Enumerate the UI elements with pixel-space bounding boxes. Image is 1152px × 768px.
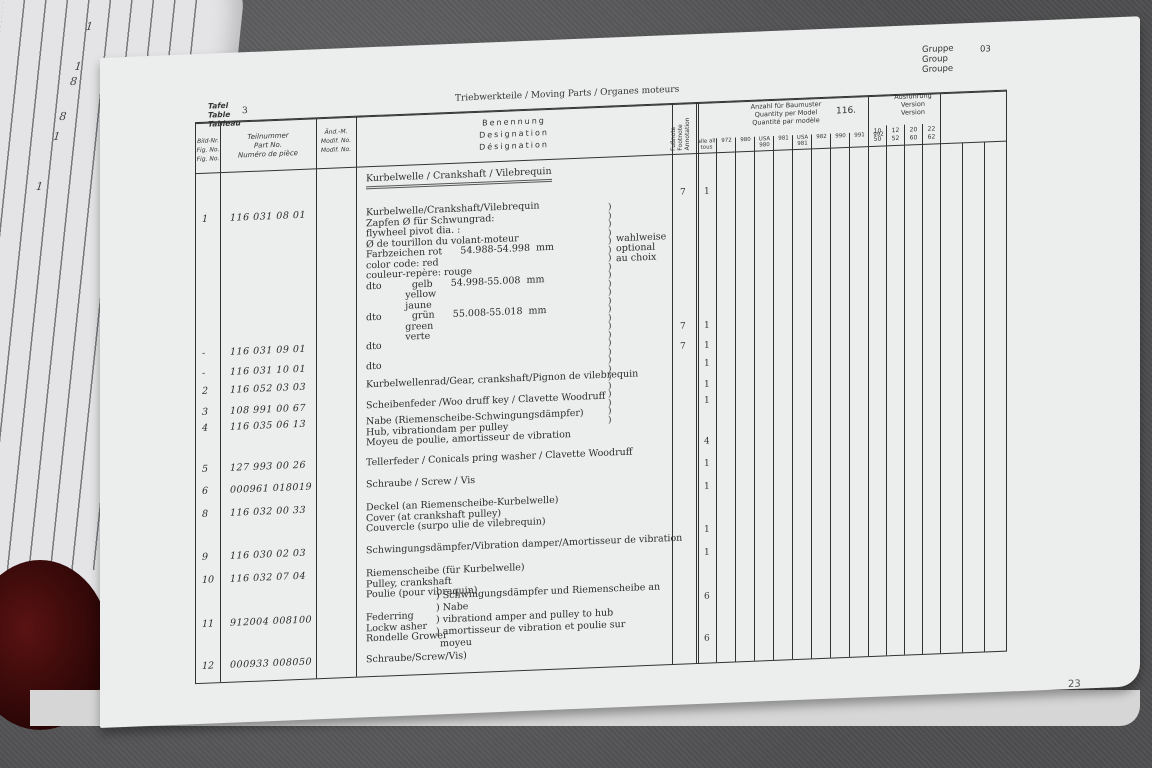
part-number: 000961 018019 <box>230 482 312 496</box>
version-header: AusführungVersionVersion <box>886 91 940 117</box>
version-column-header: 22 62 <box>923 125 940 142</box>
quantity-all: 1 <box>704 459 710 469</box>
fig-number: 12 <box>202 661 214 672</box>
model-column-header: 981 <box>774 135 793 142</box>
part-number: 116 032 07 04 <box>230 572 306 586</box>
fig-number: 8 <box>202 510 208 521</box>
designation: Schwingungsdämpfer/Vibration damper/Amor… <box>366 534 682 557</box>
quantity-all: 1 <box>704 396 710 406</box>
page-number: 23 <box>1068 679 1081 691</box>
quantity-all: 6 <box>704 592 710 602</box>
quantity-all: 6 <box>704 634 710 644</box>
fig-number: 6 <box>202 487 208 498</box>
fig-number: - <box>202 349 205 360</box>
fig-number: 10 <box>202 575 214 586</box>
part-no-header: TeilnummerPart No.Numéro de pièce <box>220 130 316 161</box>
tafel-number: 3 <box>242 106 248 116</box>
part-number: 116 032 00 33 <box>230 506 306 520</box>
optional-note: wahlweiseoptionalau choix <box>616 232 666 264</box>
footnote-header: FußnoteFootnoteAnnotation <box>670 117 691 151</box>
parts-catalog-page: Tafel Table Tableau 3 Triebwerkteile / M… <box>100 16 1140 728</box>
quantity-all: 4 <box>704 437 710 447</box>
version-column-header: 20 60 <box>905 126 922 143</box>
model-column-header: alle all tous <box>697 138 716 151</box>
part-number: 116 031 10 01 <box>230 365 306 379</box>
footnote-value: 7 <box>680 321 686 331</box>
quantity-all: 1 <box>704 548 710 558</box>
quantity-all: 1 <box>704 525 710 535</box>
quantity-all: 1 <box>704 187 710 197</box>
part-number: 108 991 00 67 <box>230 404 306 418</box>
model-column-header: USA 981 <box>793 134 812 147</box>
option-brace: ) ) ) ) ) ) ) ) ) ) ) ) ) ) ) ) ) ) ) ) … <box>608 203 612 424</box>
quantity-all: 1 <box>704 482 710 492</box>
fig-number: 5 <box>202 465 208 476</box>
version-column-header: 10 50 <box>869 127 886 144</box>
designation: Tellerfeder / Conicals pring washer / Cl… <box>366 448 633 469</box>
designation: Kurbelwellenrad/Gear, crankshaft/Pignon … <box>366 369 638 390</box>
part-number: 912004 008100 <box>230 615 312 629</box>
fig-no-header: Bild-Nr.Fig. No.Fig. No. <box>196 136 220 164</box>
version-column-header: 12 52 <box>887 127 904 144</box>
section-title: Triebwerkteile / Moving Parts / Organes … <box>455 85 679 104</box>
mounting-note: ) Schwingungsdämpfer und Riemenscheibe a… <box>436 582 660 651</box>
part-number: 116 031 08 01 <box>230 211 306 225</box>
part-number: 116 035 06 13 <box>230 420 306 434</box>
designation: Schraube / Screw / Vis <box>366 476 475 491</box>
designation: dto <box>366 362 382 373</box>
designation-header: BenennungDesignationDésignation <box>356 110 672 159</box>
model-column-header: USA 980 <box>755 136 774 149</box>
designation: Kurbelwelle/Crankshaft/Vilebrequin Zapfe… <box>366 201 554 345</box>
designation: dto <box>366 342 382 353</box>
footnote-value: 7 <box>680 187 686 197</box>
fig-number: 1 <box>202 215 208 226</box>
quantity-all: 1 <box>704 341 710 351</box>
quantity-all: 1 <box>704 359 710 369</box>
fig-number: 9 <box>202 553 208 564</box>
designation: Nabe (Riemenscheibe-Schwingungsdämpfer) … <box>366 409 584 449</box>
group-label: Gruppe Group Groupe <box>922 44 954 75</box>
model-column-header: 982 <box>812 134 831 141</box>
modif-no-header: Änd.-M.Modif. No.Modif. No. <box>316 127 356 156</box>
section-heading: Kurbelwelle / Crankshaft / Vilebrequin <box>366 167 552 185</box>
model-column-header: 980 <box>736 137 755 144</box>
part-number: 000933 008050 <box>230 657 312 671</box>
model-column-header: 990 <box>831 133 850 140</box>
part-number: 127 993 00 26 <box>230 461 306 475</box>
quantity-all: 1 <box>704 321 710 331</box>
group-number: 03 <box>980 44 991 54</box>
fig-number: - <box>202 369 205 380</box>
model-column-header: 972 <box>717 137 736 144</box>
fig-number: 11 <box>202 619 214 630</box>
quantity-header: Anzahl für BaumusterQuantity per ModelQu… <box>736 99 836 127</box>
quantity-all: 1 <box>704 380 710 390</box>
fig-number: 4 <box>202 424 208 435</box>
part-number: 116 031 09 01 <box>230 345 306 359</box>
fig-number: 2 <box>202 387 208 398</box>
part-number: 116 052 03 03 <box>230 383 306 397</box>
footnote-value: 7 <box>680 341 686 351</box>
designation: Schraube/Screw/Vis) <box>366 651 467 666</box>
part-number: 116 030 02 03 <box>230 549 306 563</box>
fig-number: 3 <box>202 408 208 419</box>
parts-table: Bild-Nr.Fig. No.Fig. No. TeilnummerPart … <box>195 90 1007 685</box>
model-prefix: 116. <box>836 107 856 116</box>
model-column-header: 991 <box>850 132 869 139</box>
designation: Deckel (an Riemenscheibe-Kurbelwelle) Co… <box>366 496 558 535</box>
